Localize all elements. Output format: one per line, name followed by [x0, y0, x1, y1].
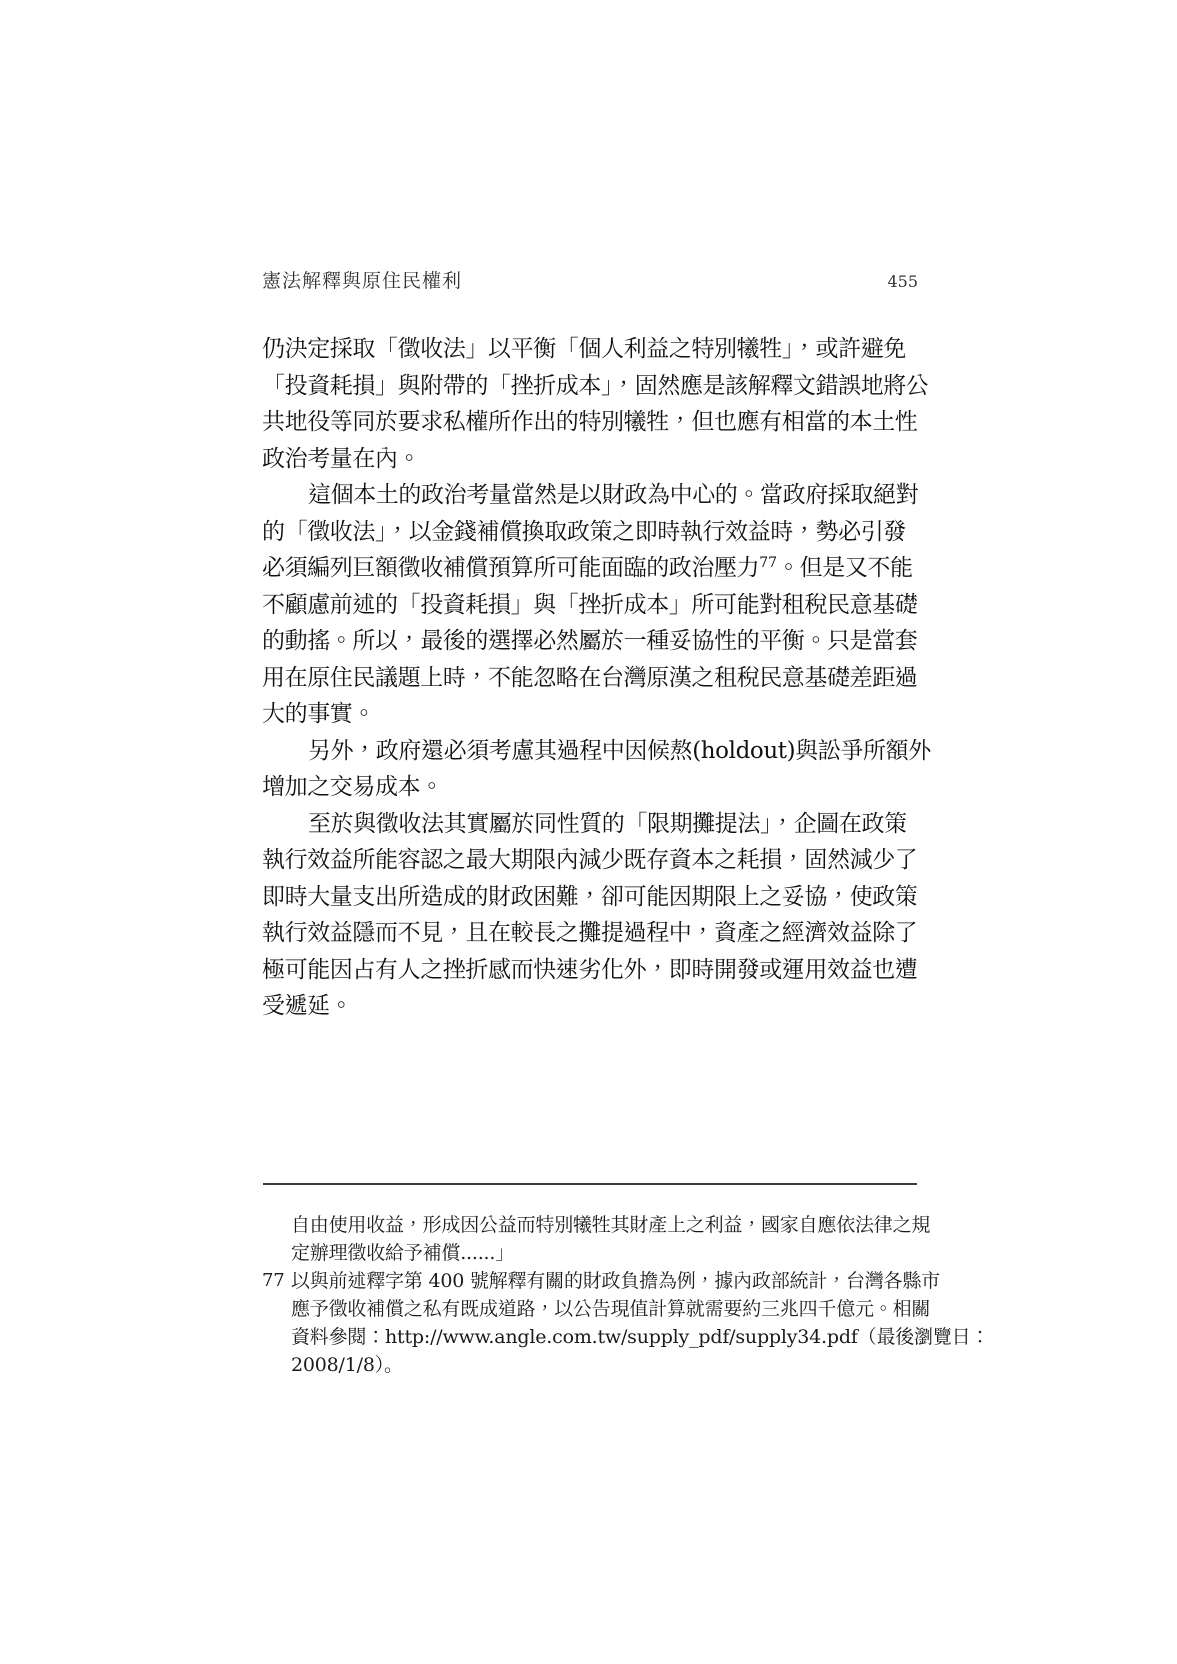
body-line: 即時大量支出所造成的財政困難，卻可能因期限上之妥協，使政策	[262, 879, 918, 916]
footnote-reference-77: 77	[759, 555, 777, 571]
paragraph-1: 仍決定採取「徵收法」以平衡「個人利益之特別犧牲」，或許避免 「投資耗損」與附帶的…	[262, 331, 918, 477]
paragraph-2: 這個本土的政治考量當然是以財政為中心的。當政府採取絕對 的「徵收法」，以金錢補償…	[262, 477, 918, 733]
footnote-line: 應予徵收補償之私有既成道路，以公告現值計算就需要約三兆四千億元。相關	[291, 1295, 918, 1323]
body-line: 用在原住民議題上時，不能忽略在台灣原漢之租稅民意基礎差距過	[262, 660, 918, 697]
body-line: 至於與徵收法其實屬於同性質的「限期攤提法」，企圖在政策	[262, 806, 918, 843]
body-line: 受遞延。	[262, 988, 918, 1025]
running-header: 憲法解釋與原住民權利 455	[262, 266, 918, 293]
body-line: 共地役等同於要求私權所作出的特別犧牲，但也應有相當的本土性	[262, 404, 918, 441]
body-line-segment: 。但是又不能	[777, 555, 913, 581]
footnote-77: 77 以與前述釋字第 400 號解釋有關的財政負擔為例，據內政部統計，台灣各縣市…	[262, 1267, 918, 1379]
paragraph-3: 另外，政府還必須考慮其過程中因候熬(holdout)與訟爭所額外 增加之交易成本…	[262, 733, 918, 806]
body-line-with-footnote-ref: 必須編列巨額徵收補償預算所可能面臨的政治壓力77。但是又不能	[262, 550, 918, 587]
footnote-number: 77	[262, 1267, 291, 1295]
body-line: 執行效益所能容認之最大期限內減少既存資本之耗損，固然減少了	[262, 842, 918, 879]
body-line: 增加之交易成本。	[262, 769, 918, 806]
body-line: 「投資耗損」與附帶的「挫折成本」，固然應是該解釋文錯誤地將公	[262, 368, 918, 405]
body-line: 的「徵收法」，以金錢補償換取政策之即時執行效益時，勢必引發	[262, 514, 918, 551]
body-line-segment: 必須編列巨額徵收補償預算所可能面臨的政治壓力	[262, 555, 759, 581]
body-line: 仍決定採取「徵收法」以平衡「個人利益之特別犧牲」，或許避免	[262, 331, 918, 368]
paragraph-4: 至於與徵收法其實屬於同性質的「限期攤提法」，企圖在政策 執行效益所能容認之最大期…	[262, 806, 918, 1025]
footnote-line: 定辦理徵收給予補償......」	[291, 1239, 918, 1267]
body-line: 大的事實。	[262, 696, 918, 733]
footnote-line: 自由使用收益，形成因公益而特別犧牲其財產上之利益，國家自應依法律之規	[291, 1211, 918, 1239]
footnote-continuation: 自由使用收益，形成因公益而特別犧牲其財產上之利益，國家自應依法律之規 定辦理徵收…	[262, 1211, 918, 1267]
body-line: 這個本土的政治考量當然是以財政為中心的。當政府採取絕對	[262, 477, 918, 514]
body-line: 執行效益隱而不見，且在較長之攤提過程中，資產之經濟效益除了	[262, 915, 918, 952]
page-number: 455	[887, 272, 918, 291]
document-page: 憲法解釋與原住民權利 455 仍決定採取「徵收法」以平衡「個人利益之特別犧牲」，…	[0, 0, 1177, 1664]
footnote-url-line: 資料參閱：http://www.angle.com.tw/supply_pdf/…	[291, 1323, 918, 1351]
footnote-line: 以與前述釋字第 400 號解釋有關的財政負擔為例，據內政部統計，台灣各縣市	[291, 1267, 918, 1295]
body-line: 不顧慮前述的「投資耗損」與「挫折成本」所可能對租稅民意基礎	[262, 587, 918, 624]
body-line: 政治考量在內。	[262, 441, 918, 478]
body-text: 仍決定採取「徵收法」以平衡「個人利益之特別犧牲」，或許避免 「投資耗損」與附帶的…	[262, 331, 918, 1025]
body-line: 另外，政府還必須考慮其過程中因候熬(holdout)與訟爭所額外	[262, 733, 918, 770]
footnote-line: 2008/1/8）。	[291, 1351, 918, 1379]
body-line: 的動搖。所以，最後的選擇必然屬於一種妥協性的平衡。只是當套	[262, 623, 918, 660]
body-line: 極可能因占有人之挫折感而快速劣化外，即時開發或運用效益也遭	[262, 952, 918, 989]
running-title: 憲法解釋與原住民權利	[262, 266, 462, 293]
footnote-separator	[263, 1183, 917, 1185]
footnotes: 自由使用收益，形成因公益而特別犧牲其財產上之利益，國家自應依法律之規 定辦理徵收…	[262, 1211, 918, 1379]
